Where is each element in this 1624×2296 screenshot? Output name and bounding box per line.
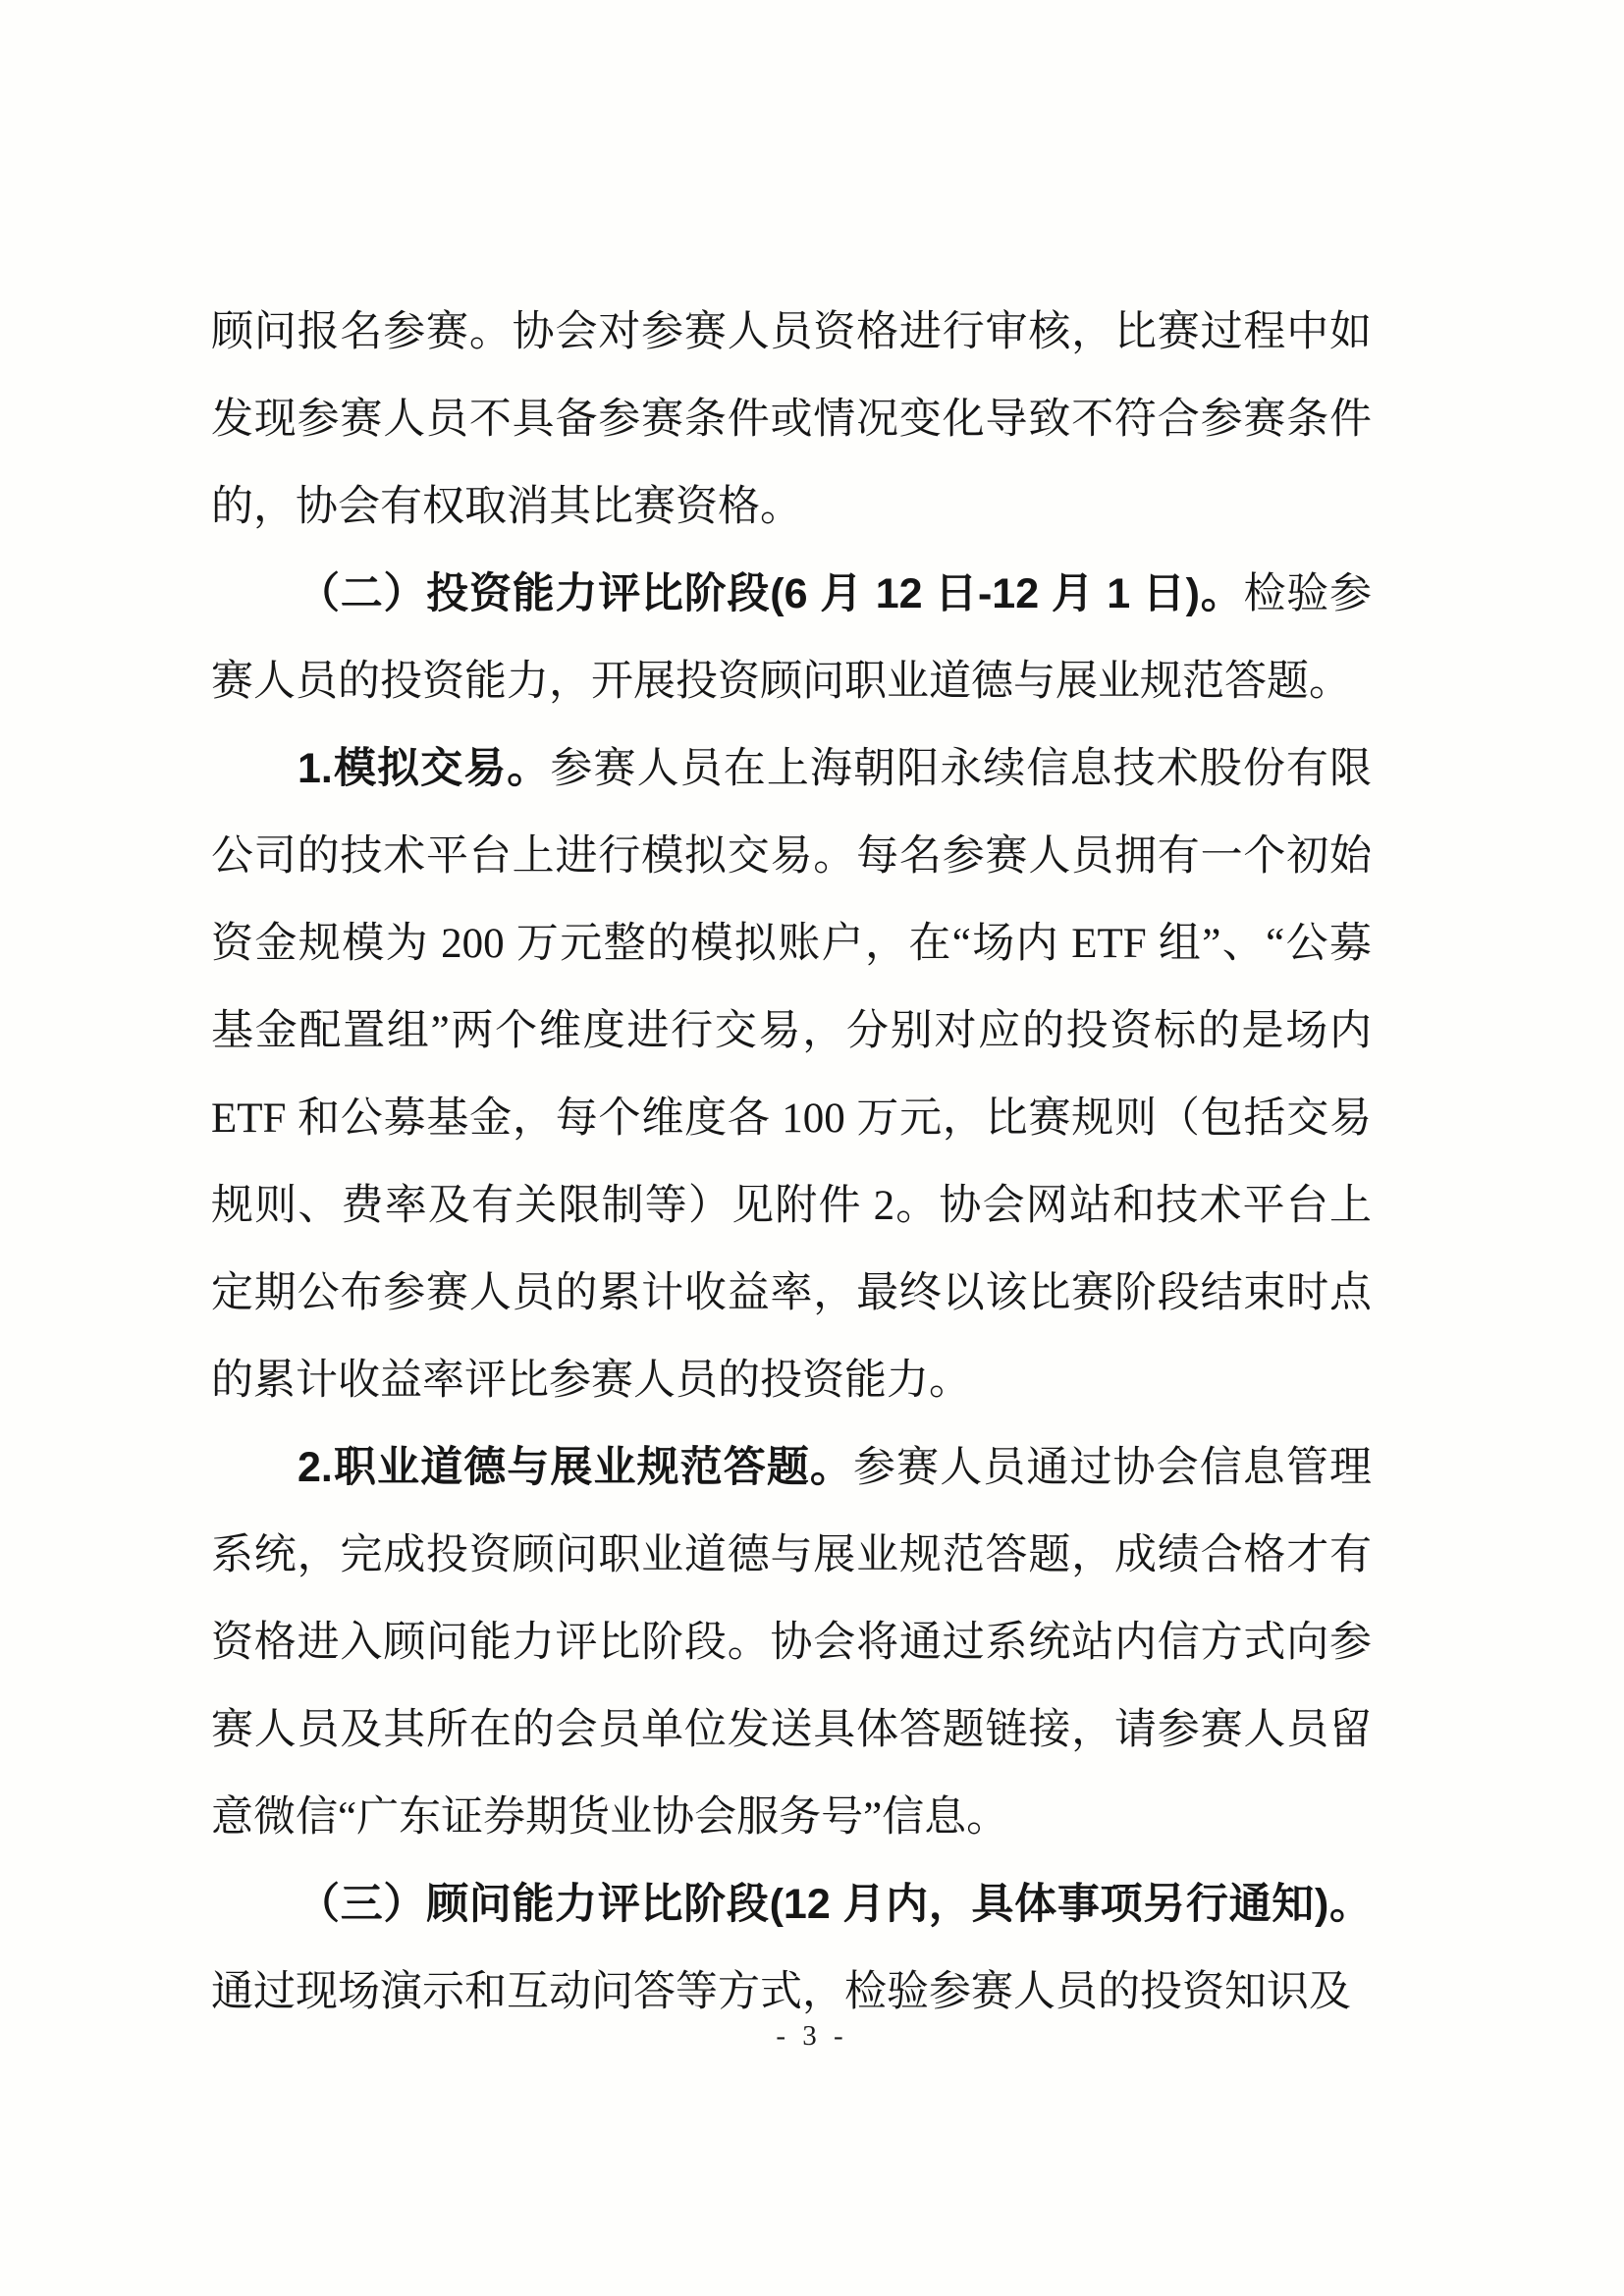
- paragraph-item-1: 1.模拟交易。参赛人员在上海朝阳永续信息技术股份有限公司的技术平台上进行模拟交易…: [211, 725, 1372, 1424]
- document-page: 顾问报名参赛。协会对参赛人员资格进行审核，比赛过程中如发现参赛人员不具备参赛条件…: [0, 0, 1624, 2296]
- item-heading: 1.模拟交易。: [298, 745, 550, 792]
- paragraph-text: 参赛人员通过协会信息管理系统，完成投资顾问职业道德与展业规范答题，成绩合格才有资…: [211, 1445, 1372, 1841]
- item-heading: 2.职业道德与展业规范答题。: [298, 1444, 853, 1491]
- section-heading: （二）投资能力评比阶段(6 月 12 日-12 月 1 日)。: [298, 570, 1243, 617]
- paragraph-section-2: （二）投资能力评比阶段(6 月 12 日-12 月 1 日)。检验参赛人员的投资…: [211, 551, 1372, 725]
- paragraph-text: 顾问报名参赛。协会对参赛人员资格进行审核，比赛过程中如发现参赛人员不具备参赛条件…: [211, 309, 1372, 530]
- section-heading: （三）顾问能力评比阶段(12 月内，具体事项另行通知)。: [298, 1881, 1372, 1928]
- paragraph-text: 通过现场演示和互动问答等方式，检验参赛人员的投资知识及: [211, 1969, 1351, 2015]
- page-number: - 3 -: [0, 2020, 1624, 2053]
- document-body: 顾问报名参赛。协会对参赛人员资格进行审核，比赛过程中如发现参赛人员不具备参赛条件…: [211, 289, 1372, 2036]
- paragraph-text: 参赛人员在上海朝阳永续信息技术股份有限公司的技术平台上进行模拟交易。每名参赛人员…: [211, 746, 1372, 1404]
- paragraph-section-3: （三）顾问能力评比阶段(12 月内，具体事项另行通知)。通过现场演示和互动问答等…: [211, 1861, 1372, 2036]
- paragraph-item-2: 2.职业道德与展业规范答题。参赛人员通过协会信息管理系统，完成投资顾问职业道德与…: [211, 1424, 1372, 1861]
- paragraph-continuation: 顾问报名参赛。协会对参赛人员资格进行审核，比赛过程中如发现参赛人员不具备参赛条件…: [211, 289, 1372, 551]
